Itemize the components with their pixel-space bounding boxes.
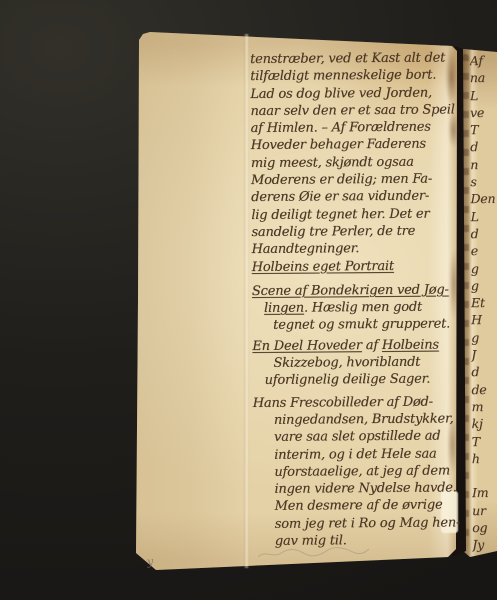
manuscript-line: sandelig tre Perler, de tre: [251, 222, 458, 241]
manuscript-line: lig deiligt tegnet her. Det er: [251, 205, 458, 224]
manuscript-segment: En Deel Hoveder: [252, 338, 362, 354]
manuscript-line: tilfældigt menneskelige bort.: [250, 67, 457, 86]
manuscript-line: Haandtegninger.: [251, 240, 458, 259]
manuscript-line: uforstaaelige, at jeg af dem: [274, 462, 460, 481]
manuscript-line: vare saa slet opstillede ad: [274, 428, 460, 447]
manuscript-line: af Himlen. – Af Forældrenes: [251, 119, 458, 138]
manuscript-line: En Deel Hoveder af Holbeins: [252, 336, 459, 355]
manuscript-line: Hoveder behager Faderens: [251, 136, 458, 155]
page-fold-crease: [244, 34, 249, 568]
manuscript-line: interim, og i det Hele saa: [274, 445, 460, 464]
manuscript-heading-line: Holbeins eget Portrait: [252, 257, 459, 276]
manuscript-line: mig meest, skjøndt ogsaa: [251, 153, 458, 172]
photograph-of-open-notebook: Af na L ve T d n s Den L d e g g Et H g …: [0, 0, 497, 600]
manuscript-line: som jeg ret i Ro og Mag hen-: [275, 514, 461, 533]
manuscript-heading-line: Scene af Bondekrigen ved Jøg-: [252, 281, 459, 300]
manuscript-line: tegnet og smukt grupperet.: [273, 316, 459, 335]
manuscript-line: Skizzebog, hvoriblandt: [273, 353, 459, 372]
manuscript-segment: Holbeins: [382, 337, 439, 352]
manuscript-segment: af: [362, 338, 382, 353]
manuscript-line: tenstræber, ved et Kast alt det: [250, 49, 457, 68]
manuscript-line: Hans Frescobilleder af Død-: [253, 393, 460, 412]
manuscript-text: tenstræber, ved et Kast alt det tilfældi…: [250, 49, 461, 550]
manuscript-line: Men desmere af de øvrige: [275, 497, 461, 516]
facing-page-text-fragments: Af na L ve T d n s Den L d e g g Et H g …: [470, 52, 497, 552]
manuscript-line: Lad os dog blive ved Jorden,: [250, 84, 457, 103]
manuscript-segment: . Hæslig men godt: [304, 300, 422, 316]
manuscript-line: ingen videre Nydelse havde.: [274, 479, 460, 498]
manuscript-line: ningedandsen, Brudstykker,: [274, 410, 460, 429]
manuscript-segment: lingen: [264, 301, 304, 316]
manuscript-line: derens Øie er saa vidunder-: [251, 188, 458, 207]
manuscript-line: lingen. Hæslig men godt: [264, 299, 459, 318]
manuscript-line: Moderens er deilig; men Fa-: [251, 170, 458, 189]
manuscript-line: naar selv den er et saa tro Speil: [250, 101, 457, 120]
manuscript-line: uforlignelig deilige Sager.: [265, 371, 460, 390]
